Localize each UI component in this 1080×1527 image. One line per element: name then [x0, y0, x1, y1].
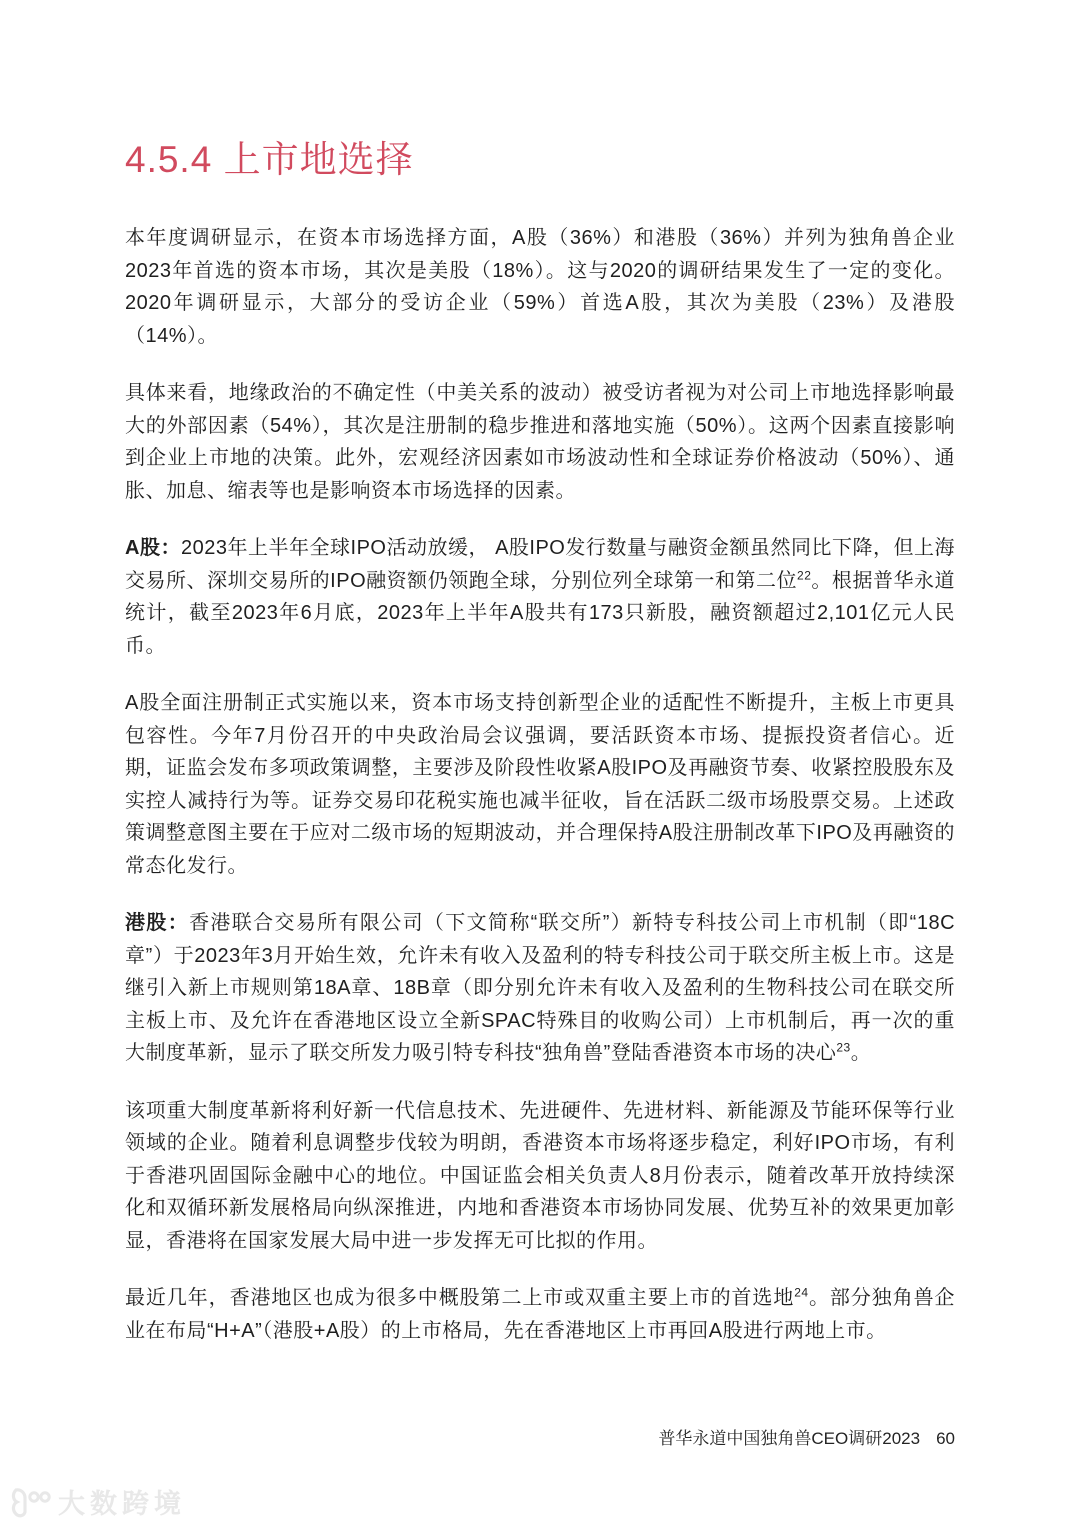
- footnote-ref: 23: [836, 1041, 850, 1055]
- paragraph: 该项重大制度革新将利好新一代信息技术、先进硬件、先进材料、新能源及节能环保等行业…: [125, 1095, 955, 1258]
- footnote-ref: 22: [797, 568, 811, 582]
- paragraph: 最近几年，香港地区也成为很多中概股第二上市或双重主要上市的首选地24。部分独角兽…: [125, 1282, 955, 1347]
- paragraph: A股全面注册制正式实施以来，资本市场支持创新型企业的适配性不断提升，主板上市更具…: [125, 687, 955, 882]
- paragraph-text: 该项重大制度革新将利好新一代信息技术、先进硬件、先进材料、新能源及节能环保等行业…: [125, 1100, 955, 1252]
- paragraph: 港股：香港联合交易所有限公司（下文简称“联交所”）新特专科技公司上市机制（即“1…: [125, 907, 955, 1070]
- paragraph-lead: A股：: [125, 537, 181, 559]
- paragraph: 具体来看，地缘政治的不确定性（中美关系的波动）被受访者视为对公司上市地选择影响最…: [125, 377, 955, 507]
- paragraph-text: 香港联合交易所有限公司（下文简称“联交所”）新特专科技公司上市机制（即“18C章…: [125, 912, 955, 1064]
- dashu-logo-icon: [10, 1486, 52, 1518]
- body-text: 本年度调研显示，在资本市场选择方面，A股（36%）和港股（36%）并列为独角兽企…: [125, 222, 955, 1347]
- paragraph-text: 本年度调研显示，在资本市场选择方面，A股（36%）和港股（36%）并列为独角兽企…: [125, 227, 955, 347]
- paragraph-text: A股全面注册制正式实施以来，资本市场支持创新型企业的适配性不断提升，主板上市更具…: [125, 692, 955, 877]
- paragraph: 本年度调研显示，在资本市场选择方面，A股（36%）和港股（36%）并列为独角兽企…: [125, 222, 955, 352]
- page-number: 60: [936, 1429, 955, 1448]
- document-page: 4.5.4 上市地选择 本年度调研显示，在资本市场选择方面，A股（36%）和港股…: [0, 0, 1080, 1527]
- paragraph-text: 最近几年，香港地区也成为很多中概股第二上市或双重主要上市的首选地: [125, 1287, 794, 1309]
- watermark: 大数跨境: [10, 1482, 186, 1521]
- page-content: 4.5.4 上市地选择 本年度调研显示，在资本市场选择方面，A股（36%）和港股…: [125, 138, 955, 1372]
- section-title: 4.5.4 上市地选择: [125, 138, 955, 182]
- watermark-text: 大数跨境: [58, 1482, 186, 1521]
- paragraph-lead: 港股：: [125, 912, 189, 934]
- footer-report-title: 普华永道中国独角兽CEO调研2023: [658, 1429, 920, 1448]
- paragraph-text: 。: [851, 1042, 872, 1064]
- footnote-ref: 24: [794, 1286, 808, 1300]
- paragraph-text: 具体来看，地缘政治的不确定性（中美关系的波动）被受访者视为对公司上市地选择影响最…: [125, 382, 955, 502]
- page-footer: 普华永道中国独角兽CEO调研202360: [658, 1424, 955, 1449]
- paragraph: A股：2023年上半年全球IPO活动放缓， A股IPO发行数量与融资金额虽然同比…: [125, 532, 955, 662]
